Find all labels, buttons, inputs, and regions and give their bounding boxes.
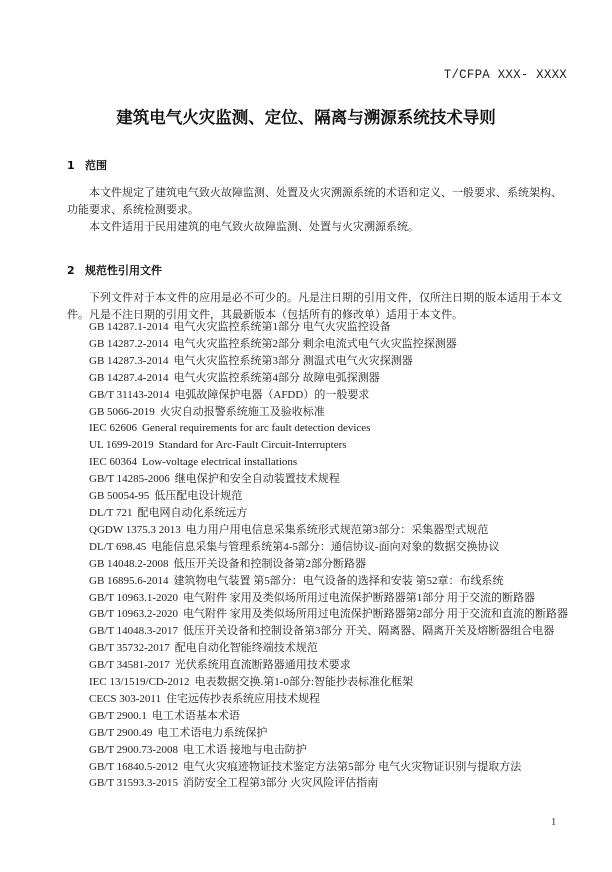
reference-item: GB/T 31593.3-2015消防安全工程第3部分 火灾风险评估指南 <box>67 775 572 792</box>
reference-code: GB/T 16840.5-2012 <box>89 761 178 773</box>
reference-item: GB/T 2900.49电工术语电力系统保护 <box>67 725 572 742</box>
page-number: 1 <box>551 817 556 828</box>
reference-title: 电表数据交换.第1-0部分:智能抄表标准化框架 <box>195 676 413 688</box>
reference-code: GB/T 14048.3-2017 <box>89 625 178 637</box>
reference-code: GB 14287.1-2014 <box>89 321 168 333</box>
reference-code: UL 1699-2019 <box>89 439 154 451</box>
reference-code: DL/T 721 <box>89 507 133 519</box>
reference-list: GB 14287.1-2014电气火灾监控系统第1部分 电气火灾监控设备GB 1… <box>67 319 572 792</box>
reference-item: QGDW 1375.3 2013电力用户用电信息采集系统形式规范第3部分：采集器… <box>67 522 572 539</box>
reference-code: GB/T 31593.3-2015 <box>89 777 178 789</box>
reference-title: 电力用户用电信息采集系统形式规范第3部分：采集器型式规范 <box>186 524 489 536</box>
reference-item: GB 14287.2-2014电气火灾监控系统第2部分 剩余电流式电气火灾监控探… <box>67 336 572 353</box>
reference-code: GB/T 2900.1 <box>89 710 147 722</box>
reference-item: DL/T 721配电网自动化系统远方 <box>67 505 572 522</box>
reference-code: GB 14048.2-2008 <box>89 558 168 570</box>
reference-code: GB/T 34581-2017 <box>89 659 170 671</box>
reference-item: GB 16895.6-2014建筑物电气装置 第5部分：电气设备的选择和安装 第… <box>67 573 572 590</box>
reference-title: 低压开关设备和控制设备第2部分断路器 <box>173 558 366 570</box>
reference-title: 电气火灾监控系统第1部分 电气火灾监控设备 <box>173 321 390 333</box>
reference-item: GB 14287.1-2014电气火灾监控系统第1部分 电气火灾监控设备 <box>67 319 572 336</box>
reference-item: GB/T 10963.1-2020电气附件 家用及类似场所用过电流保护断路器第1… <box>67 590 572 607</box>
reference-item: GB 14287.3-2014电气火灾监控系统第3部分 测温式电气火灾探测器 <box>67 353 572 370</box>
reference-item: GB/T 2900.1电工术语基本术语 <box>67 708 572 725</box>
reference-title: 电气火灾痕迹物证技术鉴定方法第5部分 电气火灾物证识别与提取方法 <box>183 761 521 773</box>
section-heading-normative-references: 2规范性引用文件 <box>67 262 162 278</box>
reference-title: 电工术语基本术语 <box>152 710 240 722</box>
reference-item: IEC 62606General requirements for arc fa… <box>67 420 572 437</box>
reference-item: GB 50054-95低压配电设计规范 <box>67 488 572 505</box>
reference-item: GB 14287.4-2014电气火灾监控系统第4部分 故障电弧探测器 <box>67 370 572 387</box>
scope-paragraph-2: 本文件适用于民用建筑的电气致火故障监测、处置与火灾溯源系统。 <box>67 219 567 236</box>
reference-title: 电工术语电力系统保护 <box>157 727 267 739</box>
reference-item: GB/T 14048.3-2017低压开关设备和控制设备第3部分 开关、隔离器、… <box>67 623 572 640</box>
section-number: 1 <box>67 159 85 172</box>
reference-code: IEC 13/1519/CD-2012 <box>89 676 190 688</box>
reference-title: 电能信息采集与管理系统第4-5部分：通信协议-面向对象的数据交换协议 <box>151 541 499 553</box>
reference-title: 电工术语 接地与电击防护 <box>183 744 307 756</box>
reference-title: Standard for Arc-Fault Circuit-Interrupt… <box>159 439 347 451</box>
scope-paragraph-1: 本文件规定了建筑电气致火故障监测、处置及火灾溯源系统的术语和定义、一般要求、系统… <box>67 185 567 219</box>
reference-title: Low-voltage electrical installations <box>142 456 297 468</box>
reference-code: GB 14287.4-2014 <box>89 372 168 384</box>
reference-title: 继电保护和安全自动装置技术规程 <box>175 473 340 485</box>
reference-item: IEC 13/1519/CD-2012电表数据交换.第1-0部分:智能抄表标准化… <box>67 674 572 691</box>
reference-title: 火灾自动报警系统施工及验收标准 <box>160 406 325 418</box>
reference-code: GB/T 14285-2006 <box>89 473 170 485</box>
reference-title: 配电自动化智能终端技术规范 <box>175 642 318 654</box>
reference-item: GB/T 16840.5-2012电气火灾痕迹物证技术鉴定方法第5部分 电气火灾… <box>67 759 572 776</box>
reference-code: GB/T 2900.73-2008 <box>89 744 178 756</box>
reference-code: GB 50054-95 <box>89 490 149 502</box>
reference-code: IEC 62606 <box>89 422 137 434</box>
reference-title: 电气火灾监控系统第3部分 测温式电气火灾探测器 <box>173 355 412 367</box>
reference-item: GB/T 10963.2-2020电气附件 家用及类似场所用过电流保护断路器第2… <box>67 606 572 623</box>
reference-title: 电气火灾监控系统第4部分 故障电弧探测器 <box>173 372 379 384</box>
reference-code: GB/T 31143-2014 <box>89 389 169 401</box>
reference-code: GB/T 10963.2-2020 <box>89 608 178 620</box>
reference-item: CECS 303-2011住宅远传抄表系统应用技术规程 <box>67 691 572 708</box>
reference-code: GB 5066-2019 <box>89 406 155 418</box>
reference-item: GB 14048.2-2008低压开关设备和控制设备第2部分断路器 <box>67 556 572 573</box>
section-heading-scope: 1范围 <box>67 157 107 173</box>
reference-item: UL 1699-2019Standard for Arc-Fault Circu… <box>67 437 572 454</box>
reference-item: GB/T 35732-2017配电自动化智能终端技术规范 <box>67 640 572 657</box>
reference-item: IEC 60364Low-voltage electrical installa… <box>67 454 572 471</box>
reference-code: GB 14287.3-2014 <box>89 355 168 367</box>
section-title: 范围 <box>85 159 107 172</box>
reference-code: GB 14287.2-2014 <box>89 338 168 350</box>
reference-title: 电弧故障保护电器（AFDD）的一般要求 <box>174 389 369 401</box>
reference-code: GB 16895.6-2014 <box>89 575 168 587</box>
reference-code: GB/T 10963.1-2020 <box>89 592 178 604</box>
reference-code: QGDW 1375.3 2013 <box>89 524 181 536</box>
reference-item: DL/T 698.45电能信息采集与管理系统第4-5部分：通信协议-面向对象的数… <box>67 539 572 556</box>
reference-item: GB/T 2900.73-2008电工术语 接地与电击防护 <box>67 742 572 759</box>
reference-title: 光伏系统用直流断路器通用技术要求 <box>175 659 351 671</box>
reference-title: 消防安全工程第3部分 火灾风险评估指南 <box>183 777 378 789</box>
reference-title: 低压配电设计规范 <box>154 490 242 502</box>
reference-item: GB 5066-2019火灾自动报警系统施工及验收标准 <box>67 404 572 421</box>
reference-item: GB/T 31143-2014电弧故障保护电器（AFDD）的一般要求 <box>67 387 572 404</box>
section-title: 规范性引用文件 <box>85 264 162 277</box>
reference-item: GB/T 14285-2006继电保护和安全自动装置技术规程 <box>67 471 572 488</box>
reference-title: 电气附件 家用及类似场所用过电流保护断路器第1部分 用于交流的断路器 <box>183 592 535 604</box>
reference-title: 配电网自动化系统远方 <box>138 507 248 519</box>
reference-title: 电气火灾监控系统第2部分 剩余电流式电气火灾监控探测器 <box>173 338 456 350</box>
reference-item: GB/T 34581-2017光伏系统用直流断路器通用技术要求 <box>67 657 572 674</box>
document-title: 建筑电气火灾监测、定位、隔离与溯源系统技术导则 <box>0 104 612 128</box>
reference-code: IEC 60364 <box>89 456 137 468</box>
section-number: 2 <box>67 264 85 277</box>
reference-title: 住宅远传抄表系统应用技术规程 <box>166 693 320 705</box>
reference-code: GB/T 2900.49 <box>89 727 152 739</box>
reference-title: 建筑物电气装置 第5部分：电气设备的选择和安装 第52章：布线系统 <box>173 575 503 587</box>
reference-code: GB/T 35732-2017 <box>89 642 170 654</box>
reference-code: CECS 303-2011 <box>89 693 161 705</box>
reference-title: 低压开关设备和控制设备第3部分 开关、隔离器、隔离开关及熔断器组合电器 <box>183 625 554 637</box>
reference-title: 电气附件 家用及类似场所用过电流保护断路器第2部分 用于交流和直流的断路器 <box>183 608 568 620</box>
reference-title: General requirements for arc fault detec… <box>142 422 370 434</box>
document-code: T/CFPA XXX- XXXX <box>444 68 567 82</box>
reference-code: DL/T 698.45 <box>89 541 146 553</box>
